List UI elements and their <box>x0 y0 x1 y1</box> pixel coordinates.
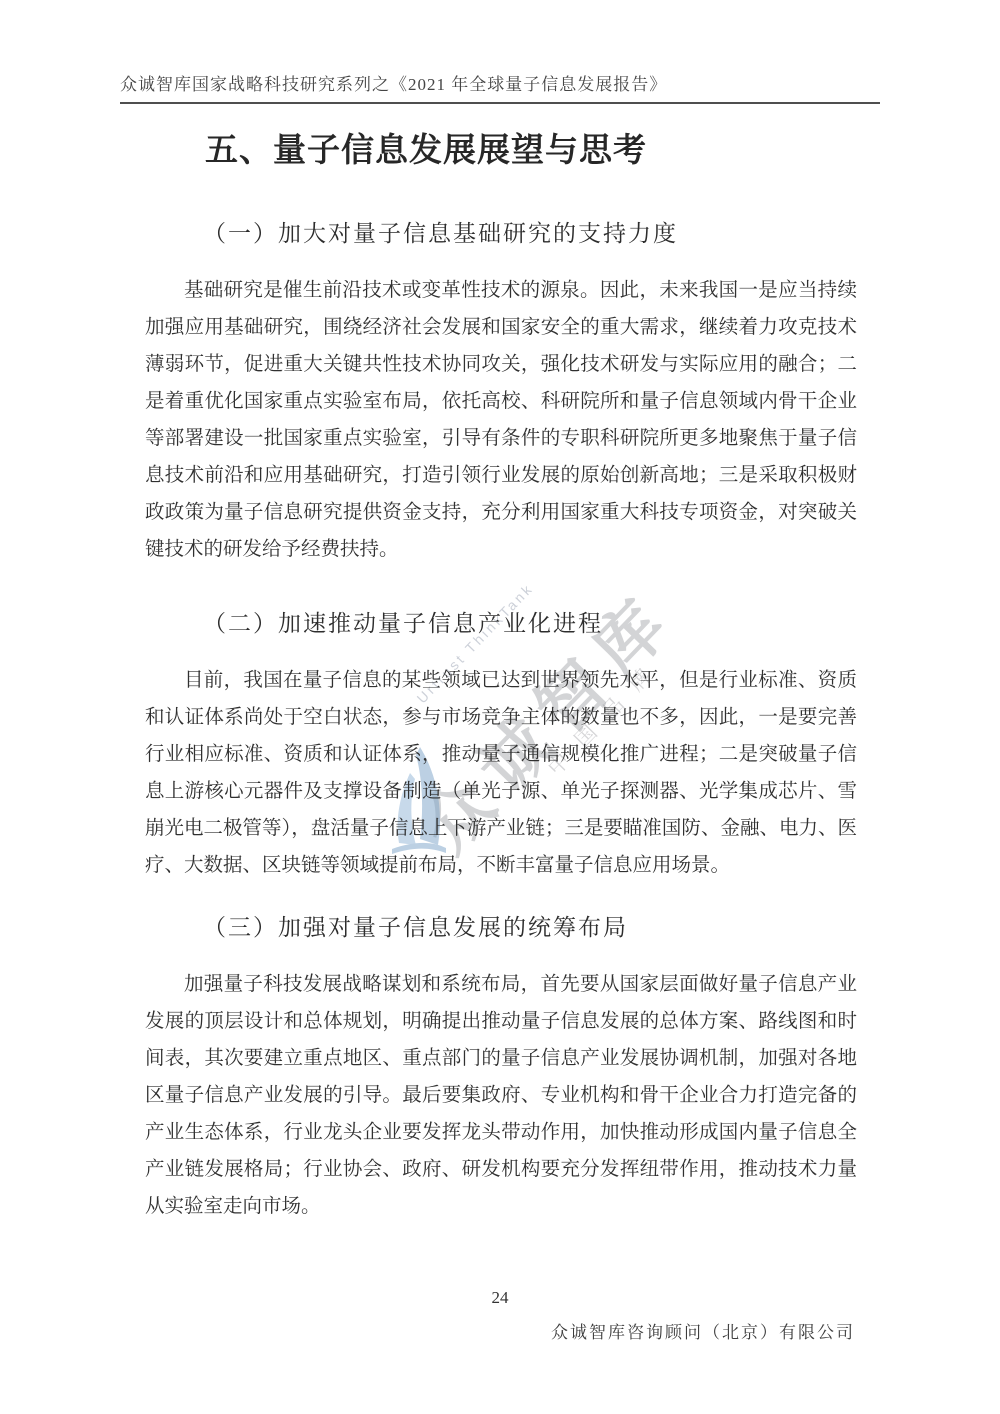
footer-company-name: 众诚智库咨询顾问（北京）有限公司 <box>551 1318 855 1343</box>
section-paragraph-1: 基础研究是催生前沿技术或变革性技术的源泉。因此，未来我国一是应当持续加强应用基础… <box>145 272 857 568</box>
page-header: 众诚智库国家战略科技研究系列之《2021 年全球量子信息发展报告》 <box>120 70 880 104</box>
header-series-title: 众诚智库国家战略科技研究系列之《2021 年全球量子信息发展报告》 <box>120 75 667 94</box>
page-number: 24 <box>0 1288 1000 1308</box>
section-paragraph-2: 目前，我国在量子信息的某些领域已达到世界领先水平，但是行业标准、资质和认证体系尚… <box>145 662 857 884</box>
section-heading-2: （二）加速推动量子信息产业化进程 <box>145 608 857 640</box>
section-heading-1: （一）加大对量子信息基础研究的支持力度 <box>145 218 857 250</box>
chapter-title: 五、量子信息发展展望与思考 <box>145 128 857 172</box>
section-heading-3: （三）加强对量子信息发展的统筹布局 <box>145 912 857 944</box>
section-paragraph-3: 加强量子科技发展战略谋划和系统布局，首先要从国家层面做好量子信息产业发展的顶层设… <box>145 966 857 1225</box>
document-body: 五、量子信息发展展望与思考 （一）加大对量子信息基础研究的支持力度 基础研究是催… <box>145 128 857 1225</box>
report-page: 众诚智库国家战略科技研究系列之《2021 年全球量子信息发展报告》 Urtrus… <box>0 0 1000 1414</box>
